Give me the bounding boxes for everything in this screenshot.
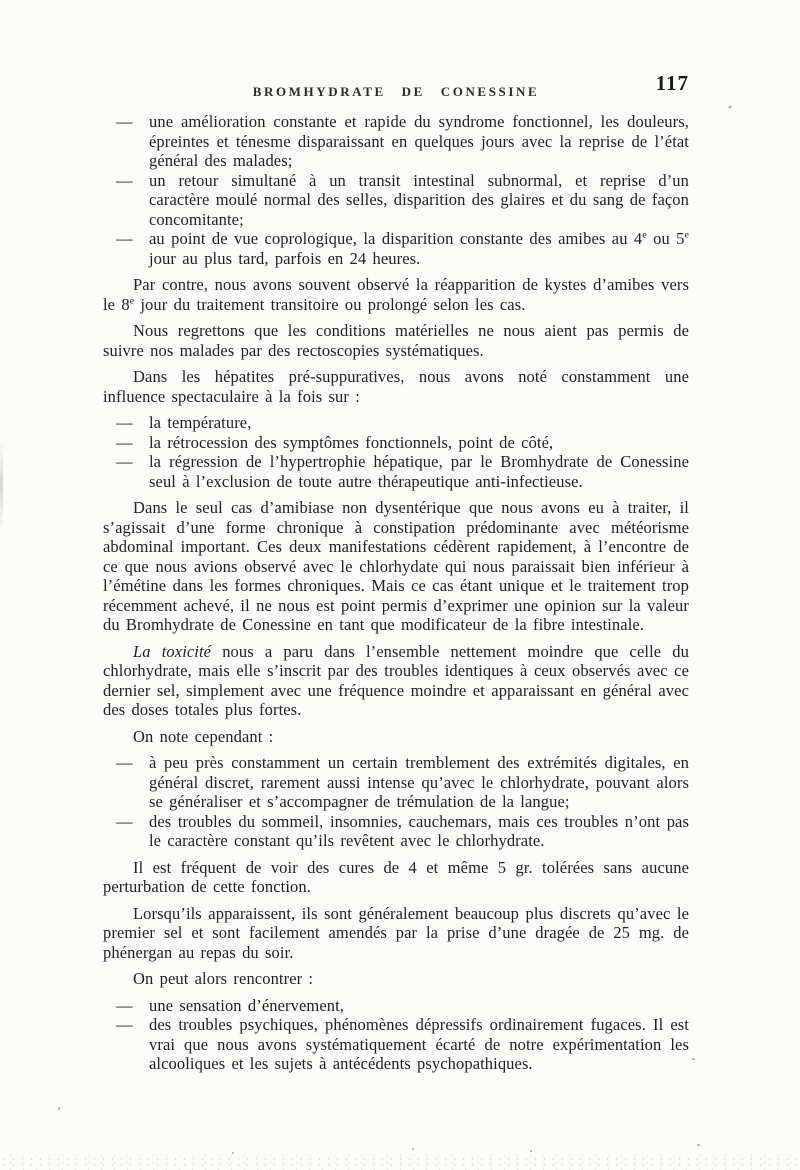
list-item: — à peu près constamment un certain trem…: [103, 753, 689, 812]
paragraph-hepatites: Dans les hépatites pré-suppuratives, nou…: [103, 367, 689, 406]
running-header: BROMHYDRATE DE CONESSINE 117: [103, 74, 689, 102]
list-item-text: au point de vue coprologique, la dispari…: [149, 229, 689, 268]
list-item-text: des troubles psychiques, phénomènes dépr…: [149, 1015, 689, 1073]
scan-speckle: [322, 122, 325, 125]
list-item: — au point de vue coprologique, la dispa…: [103, 229, 689, 268]
running-title: BROMHYDRATE DE CONESSINE: [253, 74, 540, 102]
superscript-e: e: [685, 230, 689, 241]
paragraph-toxicite: La toxicité nous a paru dans l’ensemble …: [103, 642, 689, 720]
list-item-text: des troubles du sommeil, insomnies, cauc…: [149, 812, 689, 851]
dash-marker: —: [116, 413, 133, 433]
dash-marker: —: [116, 996, 133, 1016]
list-item-text: la rétrocession des symptômes fonctionne…: [149, 433, 553, 452]
dash-marker: —: [116, 452, 133, 472]
influence-list: — la température, — la rétrocession des …: [103, 413, 689, 491]
list-item-text: une amélioration constante et rapide du …: [149, 112, 689, 170]
italic-lead: La toxicité: [133, 642, 211, 661]
list-item: — la régression de l’hypertrophie hépati…: [103, 452, 689, 491]
paragraph-seul-cas: Dans le seul cas d’amibiase non dysentér…: [103, 498, 689, 635]
dash-marker: —: [116, 433, 133, 453]
list-item-text: un retour simultané à un transit intesti…: [149, 171, 689, 229]
scan-smudge: [0, 440, 3, 530]
dash-marker: —: [116, 1015, 133, 1035]
scan-speckle: [530, 1150, 532, 1152]
page-content: BROMHYDRATE DE CONESSINE 117 — une améli…: [103, 74, 689, 1074]
rencontre-list: — une sensation d’énervement, — des trou…: [103, 996, 689, 1074]
paragraph-rencontrer: On peut alors rencontrer :: [103, 969, 689, 989]
list-item-text: une sensation d’énervement,: [149, 996, 344, 1015]
scan-speckle: [692, 1058, 695, 1060]
scan-speckle: [728, 105, 732, 109]
list-item: — des troubles psychiques, phénomènes dé…: [103, 1015, 689, 1074]
list-item-text: à peu près constamment un certain trembl…: [149, 753, 689, 811]
list-item-text: la régression de l’hypertrophie hépatiqu…: [149, 452, 689, 491]
list-item: — la rétrocession des symptômes fonction…: [103, 433, 689, 453]
list-item-text: la température,: [149, 413, 251, 432]
observations-list: — une amélioration constante et rapide d…: [103, 112, 689, 268]
paragraph-par-contre: Par contre, nous avons souvent observé l…: [103, 275, 689, 314]
list-item: — un retour simultané à un transit intes…: [103, 171, 689, 230]
paragraph-on-note: On note cependant :: [103, 727, 689, 747]
scan-edge-noise: [0, 1154, 800, 1170]
dash-marker: —: [116, 229, 133, 249]
dash-marker: —: [116, 812, 133, 832]
list-item: — la température,: [103, 413, 689, 433]
scan-speckle: [412, 1148, 414, 1150]
dash-marker: —: [116, 753, 133, 773]
scanned-book-page: BROMHYDRATE DE CONESSINE 117 — une améli…: [0, 0, 800, 1170]
scan-speckle: [58, 1107, 60, 1110]
paragraph-lorsquils: Lorsqu’ils apparaissent, ils sont généra…: [103, 904, 689, 963]
list-item: — une sensation d’énervement,: [103, 996, 689, 1016]
paragraph-nous-regrettons: Nous regrettons que les conditions matér…: [103, 321, 689, 360]
paragraph-cures: Il est fréquent de voir des cures de 4 e…: [103, 858, 689, 897]
list-item: — des troubles du sommeil, insomnies, ca…: [103, 812, 689, 851]
troubles-list: — à peu près constamment un certain trem…: [103, 753, 689, 851]
scan-speckle: [697, 1144, 700, 1146]
dash-marker: —: [116, 171, 133, 191]
dash-marker: —: [116, 112, 133, 132]
list-item: — une amélioration constante et rapide d…: [103, 112, 689, 171]
page-number: 117: [656, 74, 689, 94]
